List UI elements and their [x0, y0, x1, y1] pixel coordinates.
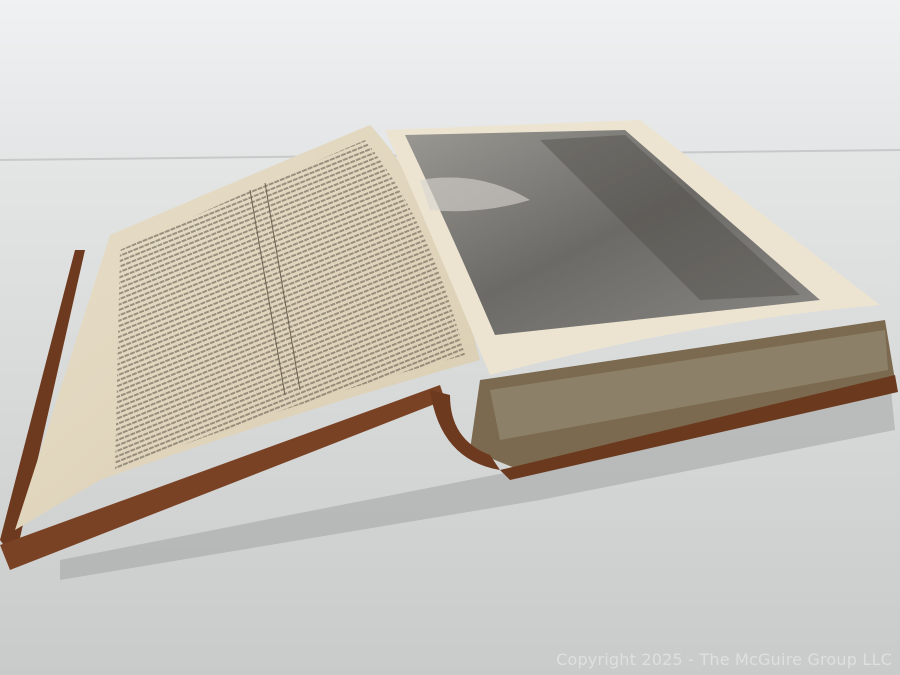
book-photo [0, 0, 900, 675]
copyright-watermark: Copyright 2025 - The McGuire Group LLC [556, 650, 892, 669]
photo-scene: Copyright 2025 - The McGuire Group LLC [0, 0, 900, 675]
